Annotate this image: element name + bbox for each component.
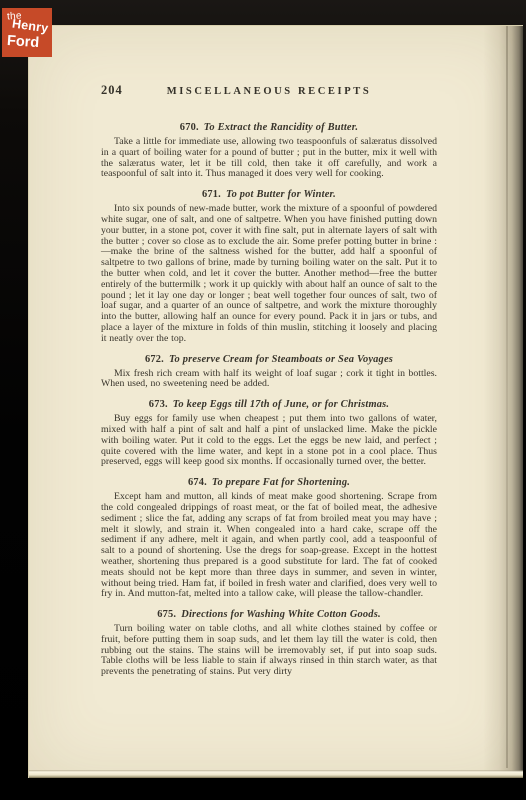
running-head: MISCELLANEOUS RECEIPTS (141, 86, 397, 97)
scan-backdrop: 204 MISCELLANEOUS RECEIPTS 670.To Extrac… (0, 0, 526, 800)
section-text: Turn boiling water on table cloths, and … (101, 624, 437, 678)
page-number: 204 (101, 83, 141, 98)
page-edge-shadow (483, 26, 523, 778)
section-text: Mix fresh rich cream with half its weigh… (101, 369, 437, 391)
section-number: 673. (149, 399, 168, 410)
section-text: Buy eggs for family use when cheapest ; … (101, 414, 437, 468)
section-text: Except ham and mutton, all kinds of meat… (101, 492, 437, 600)
section-heading: 674.To prepare Fat for Shortening. (105, 477, 433, 489)
section-title: To pot Butter for Winter. (226, 189, 336, 200)
henry-ford-logo: the Henry Ford (2, 8, 52, 57)
section-number: 671. (202, 189, 221, 200)
recipe-section-671: 671.To pot Butter for Winter. Into six p… (101, 189, 437, 344)
section-title: To prepare Fat for Shortening. (212, 477, 350, 488)
recipe-section-675: 675.Directions for Washing White Cotton … (101, 609, 437, 678)
section-number: 674. (188, 477, 207, 488)
page-curl-crease (506, 26, 508, 768)
section-number: 670. (180, 122, 199, 133)
section-text: Take a little for immediate use, allowin… (101, 137, 437, 180)
section-heading: 672.To preserve Cream for Steamboats or … (105, 354, 433, 366)
section-text: Into six pounds of new-made butter, work… (101, 204, 437, 344)
recipe-section-672: 672.To preserve Cream for Steamboats or … (101, 354, 437, 391)
page-header: 204 MISCELLANEOUS RECEIPTS (101, 83, 437, 98)
page-body: 670.To Extract the Rancidity of Butter. … (101, 113, 437, 678)
recipe-section-670: 670.To Extract the Rancidity of Butter. … (101, 122, 437, 180)
section-title: To preserve Cream for Steamboats or Sea … (169, 354, 393, 365)
page-bottom-edge (29, 770, 523, 778)
section-number: 675. (157, 609, 176, 620)
recipe-section-673: 673.To keep Eggs till 17th of June, or f… (101, 399, 437, 468)
section-heading: 675.Directions for Washing White Cotton … (105, 609, 433, 621)
section-title: Directions for Washing White Cotton Good… (181, 609, 381, 620)
section-heading: 670.To Extract the Rancidity of Butter. (105, 122, 433, 134)
section-heading: 673.To keep Eggs till 17th of June, or f… (105, 399, 433, 411)
logo-word-ford: Ford (6, 33, 39, 51)
section-number: 672. (145, 354, 164, 365)
section-title: To keep Eggs till 17th of June, or for C… (173, 399, 389, 410)
section-heading: 671.To pot Butter for Winter. (105, 189, 433, 201)
recipe-section-674: 674.To prepare Fat for Shortening. Excep… (101, 477, 437, 600)
book-page: 204 MISCELLANEOUS RECEIPTS 670.To Extrac… (28, 25, 523, 778)
section-title: To Extract the Rancidity of Butter. (204, 122, 358, 133)
